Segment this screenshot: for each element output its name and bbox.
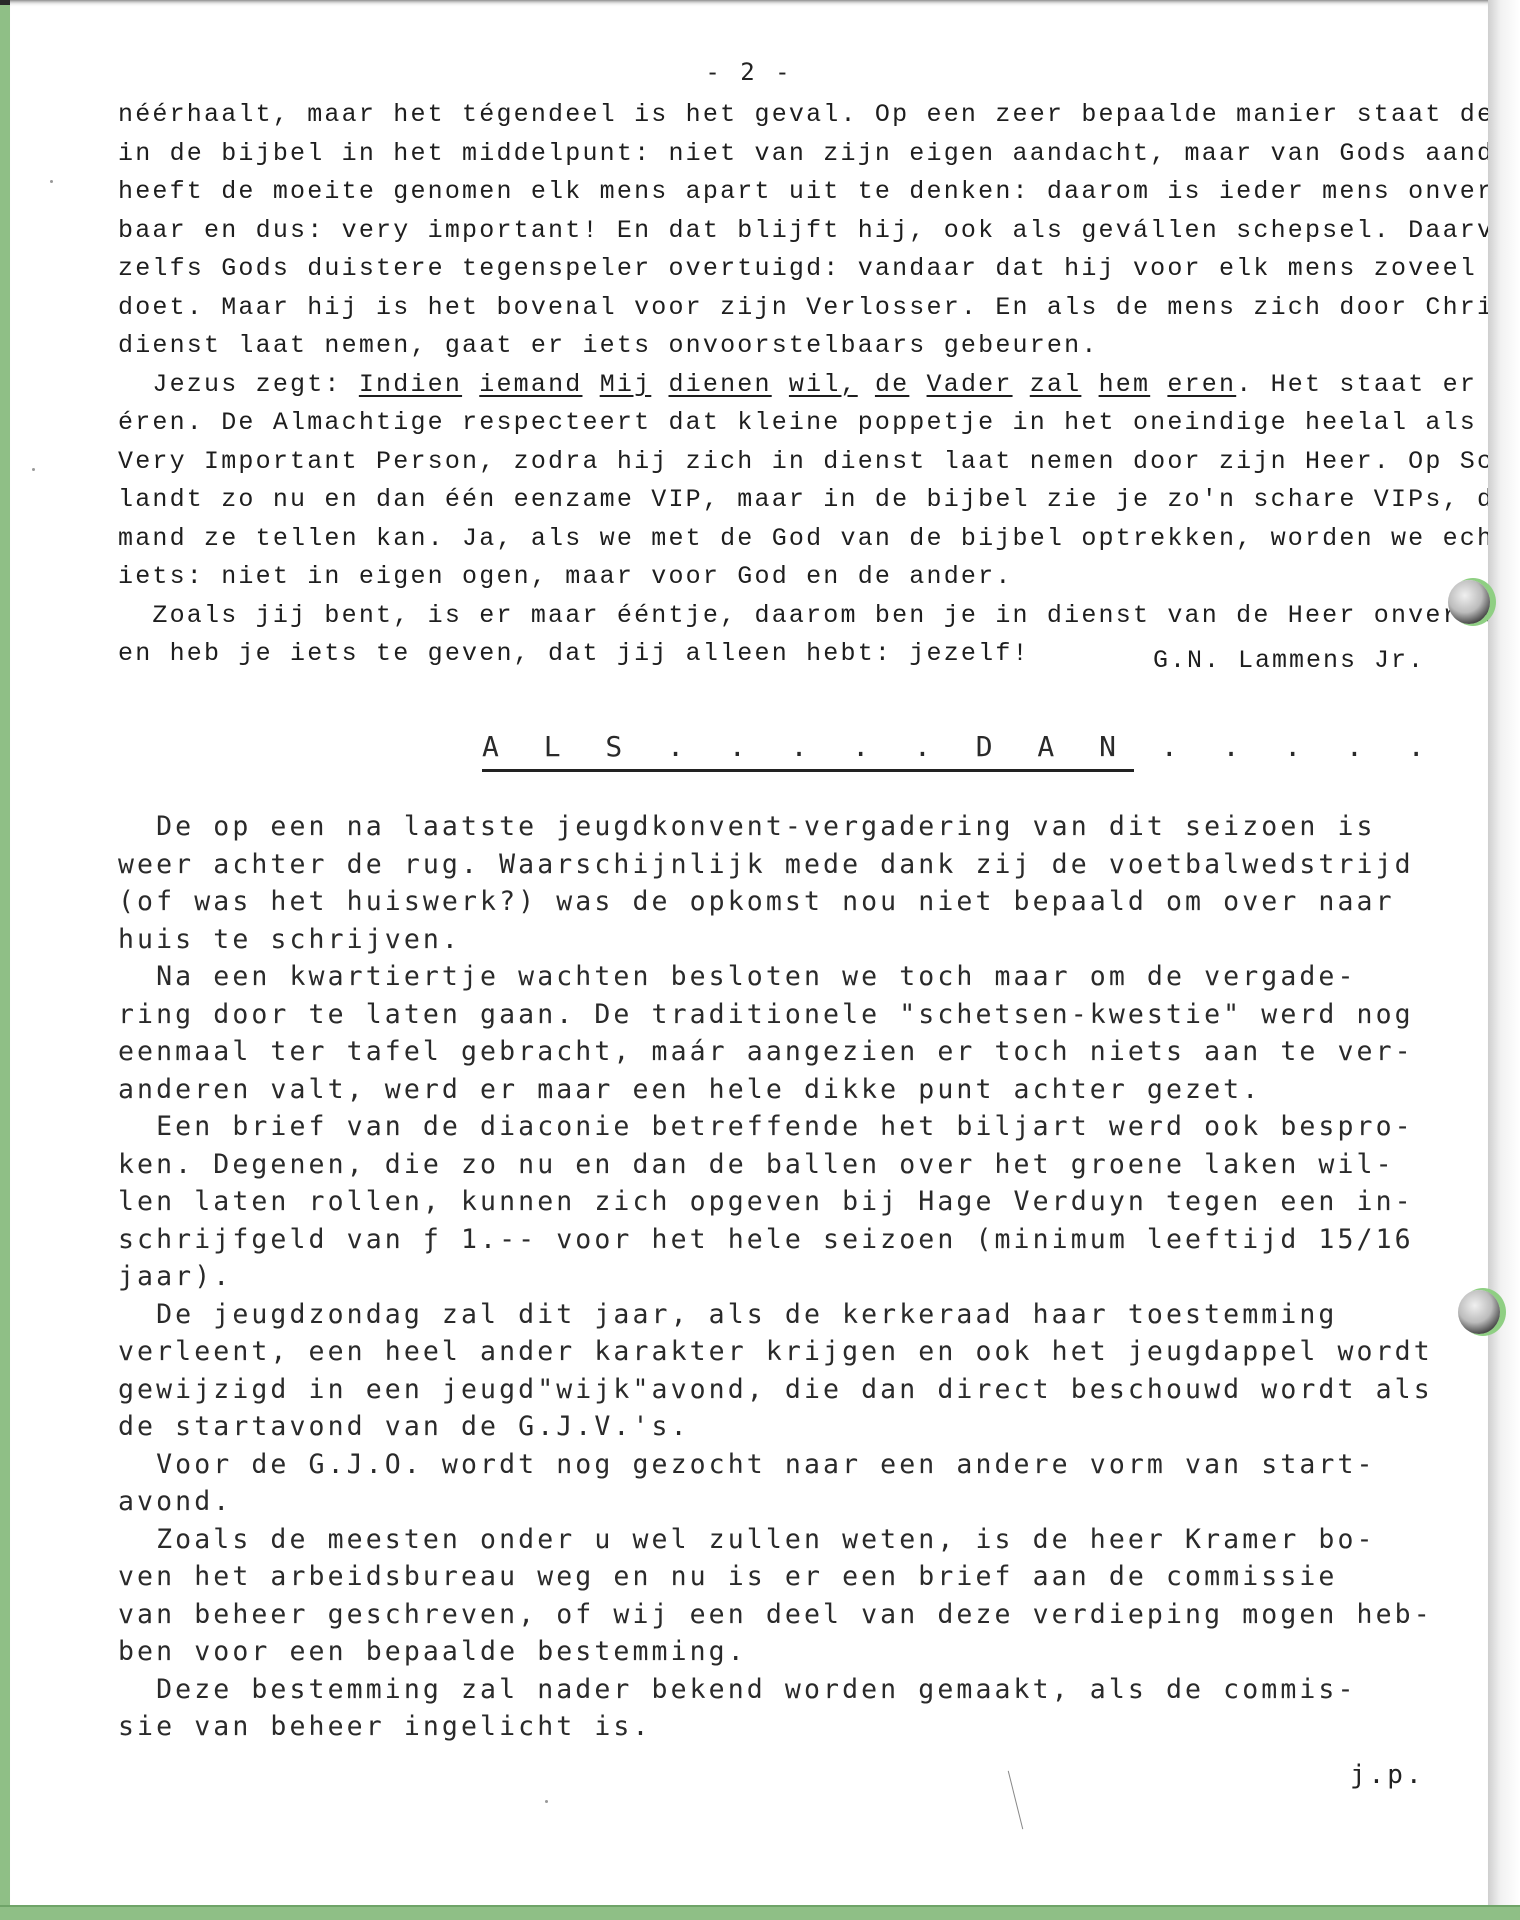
text-line: De op een na laatste jeugdkonvent-vergad…: [118, 808, 1518, 846]
quote-word: hem: [1099, 370, 1151, 399]
text-line: dienst laat nemen, gaat er iets onvoorst…: [118, 327, 1518, 366]
binder-hole-icon: [1458, 1290, 1500, 1334]
text-line: (of was het huiswerk?) was de opkomst no…: [118, 883, 1518, 921]
page-number: - 2 -: [10, 58, 1488, 86]
text-line: baar en dus: very important! En dat blij…: [118, 212, 1518, 251]
quote-word: de: [875, 370, 909, 399]
text-line: gewijzigd in een jeugd"wijk"avond, die d…: [118, 1371, 1518, 1409]
text-line: heeft de moeite genomen elk mens apart u…: [118, 173, 1518, 212]
text-line: de startavond van de G.J.V.'s.: [118, 1408, 1518, 1446]
text-line: De jeugdzondag zal dit jaar, als de kerk…: [118, 1296, 1518, 1334]
text-line: anderen valt, werd er maar een hele dikk…: [118, 1071, 1518, 1109]
green-backing-border: [0, 1905, 1520, 1920]
quote-word: wil,: [789, 370, 858, 399]
text-line: ven het arbeidsbureau weg en nu is er ee…: [118, 1558, 1518, 1596]
text-line: Zoals de meesten onder u wel zullen wete…: [118, 1521, 1518, 1559]
text-line: verleent, een heel ander karakter krijge…: [118, 1333, 1518, 1371]
quote-word: Vader: [927, 370, 1013, 399]
scan-speck: [545, 1800, 548, 1803]
text-line: Very Important Person, zodra hij zich in…: [118, 443, 1518, 482]
author-signature: G.N. Lammens Jr.: [1153, 646, 1425, 675]
text-line: schrijfgeld van ƒ 1.-- voor het hele sei…: [118, 1221, 1518, 1259]
quote-prefix: Jezus zegt:: [118, 370, 359, 399]
text-line: iets: niet in eigen ogen, maar voor God …: [118, 558, 1518, 597]
text-line: ring door te laten gaan. De traditionele…: [118, 996, 1518, 1034]
text-line: Zoals jij bent, is er maar ééntje, daaro…: [118, 597, 1518, 636]
scan-artifact-line: [1008, 1771, 1023, 1829]
quote-word: Indien: [359, 370, 462, 399]
text-line: Na een kwartiertje wachten besloten we t…: [118, 958, 1518, 996]
text-line: avond.: [118, 1483, 1518, 1521]
text-line: landt zo nu en dan één eenzame VIP, maar…: [118, 481, 1518, 520]
text-line: len laten rollen, kunnen zich opgeven bi…: [118, 1183, 1518, 1221]
author-initials: j.p.: [1350, 1760, 1425, 1790]
text-line: néérhaalt, maar het tégendeel is het gev…: [118, 96, 1518, 135]
text-line: van beheer geschreven, of wij een deel v…: [118, 1596, 1518, 1634]
text-line: éren. De Almachtige respecteert dat klei…: [118, 404, 1518, 443]
text-line: ben voor een bepaalde bestemming.: [118, 1633, 1518, 1671]
text-line: in de bijbel in het middelpunt: niet van…: [118, 135, 1518, 174]
scan-speck: [50, 180, 53, 183]
scan-speck: [32, 468, 35, 471]
document-page: - 2 - néérhaalt, maar het tégendeel is h…: [10, 0, 1488, 1905]
text-line: weer achter de rug. Waarschijnlijk mede …: [118, 846, 1518, 884]
article-vip: néérhaalt, maar het tégendeel is het gev…: [118, 96, 1518, 674]
text-line: Deze bestemming zal nader bekend worden …: [118, 1671, 1518, 1709]
quote-word: dienen: [669, 370, 772, 399]
text-line: Voor de G.J.O. wordt nog gezocht naar ee…: [118, 1446, 1518, 1484]
text-line: eenmaal ter tafel gebracht, maár aangezi…: [118, 1033, 1518, 1071]
text-line: Een brief van de diaconie betreffende he…: [118, 1108, 1518, 1146]
bible-quote-line: Jezus zegt: Indien iemand Mij dienen wil…: [118, 366, 1518, 405]
page-edge-shadow: [1488, 0, 1520, 1905]
article-als-dan: De op een na laatste jeugdkonvent-vergad…: [118, 808, 1518, 1746]
quote-word: Mij: [600, 370, 652, 399]
text-line: zelfs Gods duistere tegenspeler overtuig…: [118, 250, 1518, 289]
quote-word: iemand: [479, 370, 582, 399]
quote-word: zal: [1030, 370, 1082, 399]
binder-hole-icon: [1448, 580, 1490, 624]
text-line: mand ze tellen kan. Ja, als we met de Go…: [118, 520, 1518, 559]
section-title: A L S . . . . . D A N . . . . .: [482, 730, 1134, 772]
text-line: doet. Maar hij is het bovenal voor zijn …: [118, 289, 1518, 328]
quote-suffix: . Het staat er heus:: [1236, 370, 1520, 399]
text-line: sie van beheer ingelicht is.: [118, 1708, 1518, 1746]
text-line: huis te schrijven.: [118, 921, 1518, 959]
text-line: ken. Degenen, die zo nu en dan de ballen…: [118, 1146, 1518, 1184]
text-line: jaar).: [118, 1258, 1518, 1296]
quote-word: eren: [1167, 370, 1236, 399]
